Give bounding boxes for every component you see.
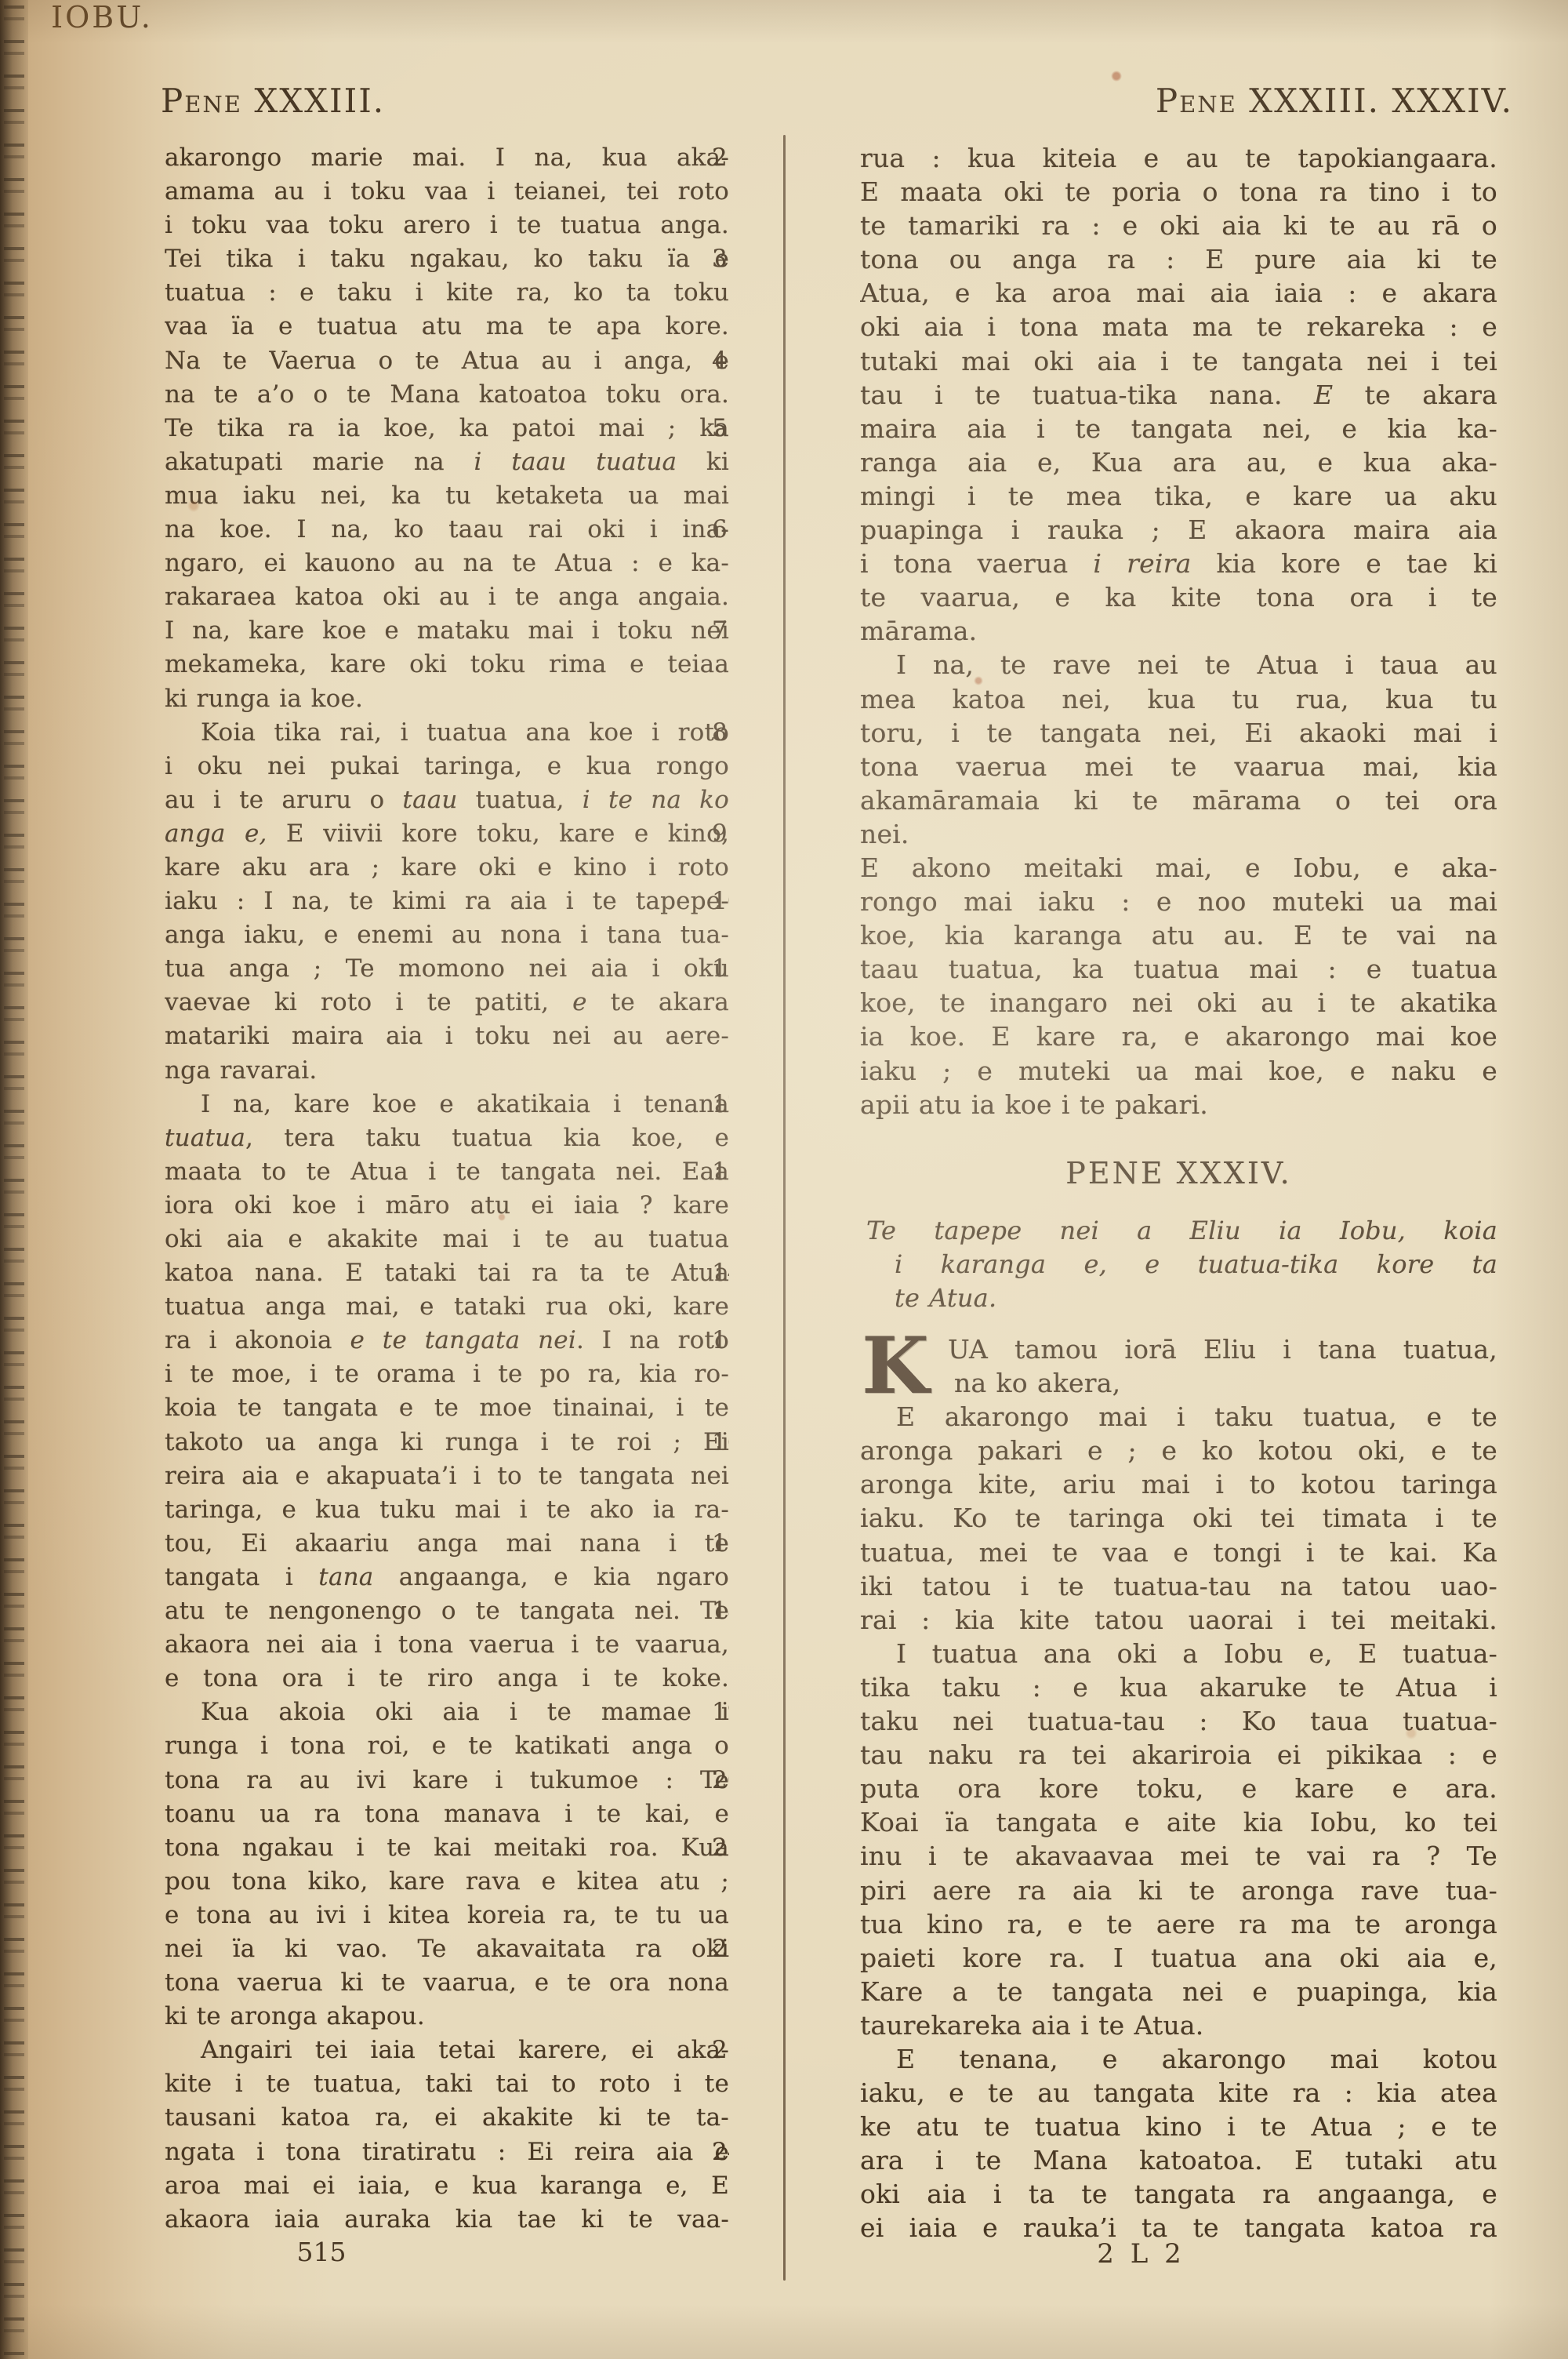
text-line: 21tona ngakau i te kai meitaki roa. Kua [165, 1831, 729, 1865]
text-line: 1UA tamou iorā Eliu i tana tuatua, [860, 1332, 1497, 1366]
text-line: mingi i te mea tika, e kare ua aku [860, 479, 1497, 513]
text-line: 24ngata i tona tiratiratu : Ei reira aia… [165, 2135, 729, 2169]
verse-number: 3 [712, 242, 729, 276]
italic-phrase: i taau tuatua [474, 448, 677, 476]
text-line: oki aia i tona mata ma te rekareka : e [860, 310, 1497, 343]
text-line: 4tuatua, mei te vaa e tongi i te kai. Ka [860, 1536, 1497, 1569]
text-line: ki runga ia koe. [165, 682, 729, 716]
text-line: nga ravarai. [165, 1054, 729, 1088]
verse-number: 14 [712, 1256, 729, 1290]
text-line: tangata i tana angaanga, e kia ngaro [165, 1561, 729, 1594]
text-line: reira aia e akapuata’i i to te tangata n… [165, 1459, 729, 1493]
text-line: tona vaerua mei te vaarua mai, kia [860, 750, 1497, 783]
chapter-heading: PENE XXXIV. [860, 1121, 1497, 1192]
verse-number: 4 [712, 344, 729, 378]
verse-number: 7 [712, 614, 729, 648]
verse-number: 9 [712, 817, 729, 851]
text-line: taringa, e kua tuku mai i te ako ia ra- [165, 1493, 729, 1527]
text-line: mekameka, kare oki toku rima e teiaa [165, 648, 729, 682]
italic-phrase: e te tangata nei [350, 1326, 575, 1354]
text-line: 6na koe. I na, ko taau rai oki i ina- [165, 513, 729, 547]
text-line: akaora nei aia i tona vaerua i te vaarua… [165, 1628, 729, 1662]
text-line: aroa mai ei iaia, e kua karanga e, E [165, 2169, 729, 2203]
book-spine-edge [0, 0, 28, 2359]
facing-page-text-bleed [4, 0, 24, 2359]
chapter-34-text: K 1UA tamou iorā Eliu i tana tuatua,na k… [860, 1332, 1497, 2245]
text-line: rua : kua kiteia e au te tapokiangaara. [860, 141, 1497, 175]
text-line: 15ra i akonoia e te tangata nei. I na ro… [165, 1324, 729, 1358]
text-line: anga iaku, e enemi au nona i tana tua- [165, 918, 729, 952]
chapter-33-continuation: rua : kua kiteia e au te tapokiangaara.2… [860, 141, 1497, 1121]
text-line: puta ora kore toku, e kare e ara. [860, 1772, 1497, 1805]
text-line: 14katoa nana. E tataki tai ra ta te Atua [165, 1256, 729, 1290]
page-title: IOBU. [0, 0, 204, 35]
verse-number: 10 [712, 885, 729, 918]
verse-number: 8 [712, 716, 729, 750]
text-line: amama au i toku vaa i teianei, tei roto [165, 175, 729, 209]
chapter-summary-line: te Atua. [860, 1281, 1497, 1315]
text-line: 3Tei tika i taku ngakau, ko taku ïa e [165, 242, 729, 276]
text-line: 20tona ra au ivi kare i tukumoe : Te [165, 1764, 729, 1797]
text-line: akamāramaia ki te mārama o tei ora [860, 783, 1497, 817]
right-text-column: rua : kua kiteia e au te tapokiangaara.2… [860, 141, 1497, 2245]
text-line: 32koe, kia karanga atu au. E te vai na [860, 918, 1497, 952]
text-line: Atua, e ka aroa mai aia iaia : e akara [860, 276, 1497, 310]
verse-number: 23 [712, 2034, 729, 2067]
text-line: ranga aia e, Kua ara au, e kua aka- [860, 445, 1497, 479]
running-head-left: Pene XXXIII. [161, 82, 385, 120]
text-line: iaku ; e muteki ua mai koe, e naku e [860, 1054, 1497, 1088]
page-number: 515 [263, 2237, 380, 2267]
text-line: tua kino ra, e te aere ra ma te aronga [860, 1907, 1497, 1941]
text-line: i te moe, i te orama i te po ra, kia ro- [165, 1358, 729, 1391]
text-line: mea katoa nei, kua tu rua, kua tu [860, 682, 1497, 716]
text-line: matariki maira aia i toku nei au aere- [165, 1020, 729, 1053]
text-line: koia te tangata e te moe tinainai, i te [165, 1391, 729, 1425]
text-line: 18atu te nengonengo o te tangata nei. Te [165, 1594, 729, 1628]
text-line: i tona vaerua i reira kia kore e tae ki [860, 547, 1497, 580]
text-line: rongo mai iaku : e noo muteki ua mai [860, 885, 1497, 918]
text-line: 17tou, Ei akaariu anga mai nana i te [165, 1527, 729, 1561]
text-line: 10iaku : I na, te kimi ra aia i te tapep… [165, 885, 729, 918]
text-line: rai : kia kite tatou uaorai i tei meitak… [860, 1603, 1497, 1637]
italic-phrase: i te na ko [583, 786, 729, 814]
text-line: 12I na, kare koe e akatikaia i tenana [165, 1088, 729, 1121]
printer-signature: 2 L 2 [1073, 2238, 1210, 2270]
text-line: ngaro, ei kauono au na te Atua : e ka- [165, 547, 729, 580]
verse-number: 17 [712, 1527, 729, 1561]
text-line: tika taku : e kua akaruke te Atua i [860, 1670, 1497, 1704]
italic-phrase: E [1314, 380, 1333, 410]
text-line: na ko akera, [860, 1366, 1497, 1400]
text-line: na te a’o o te Mana katoatoa toku ora. [165, 378, 729, 412]
text-line: 10E tenana, e akarongo mai kotou [860, 2042, 1497, 2076]
text-line: 2akarongo marie mai. I na, kua aka- [165, 141, 729, 175]
text-line: 8inu i te akavaavaa mei te vai ra ? Te [860, 1839, 1497, 1873]
text-line: tau naku ra tei akariroia ei pikikaa : e [860, 1738, 1497, 1772]
text-line: tutaki mai oki aia i te tangata nei i te… [860, 344, 1497, 378]
text-line: au i te aruru o taau tuatua, i te na ko [165, 783, 729, 817]
text-line: 26tona ou anga ra : E pure aia ki te [860, 242, 1497, 276]
text-line: iki tatou i te tuatua-tau na tatou uao- [860, 1569, 1497, 1603]
text-line: tausani katoa ra, ei akakite ki te ta- [165, 2101, 729, 2135]
text-line: akaora iaia auraka kia tae ki te vaa- [165, 2203, 729, 2237]
verse-number: 16 [712, 1426, 729, 1459]
text-line: 11ara i te Mana katoatoa. E tutaki atu [860, 2143, 1497, 2177]
text-line: 29I na, te rave nei te Atua i taua au [860, 648, 1497, 682]
text-line: apii atu ia koe i te pakari. [860, 1088, 1497, 1121]
text-line: 23Angairi tei iaia tetai karere, ei aka- [165, 2034, 729, 2067]
verse-number: 19 [712, 1696, 729, 1729]
text-line: taurekareka aia i te Atua. [860, 2008, 1497, 2042]
text-line: piri aere ra aia ki te aronga rave tua- [860, 1874, 1497, 1907]
text-line: nei. [860, 817, 1497, 851]
text-line: 7I na, kare koe e mataku mai i toku nei [165, 614, 729, 648]
text-line: te tamariki ra : e oki aia ki te au rā o [860, 209, 1497, 242]
text-line: aronga kite, ariu mai i to kotou taringa [860, 1467, 1497, 1501]
verse-number: 18 [712, 1594, 729, 1628]
text-line: i toku vaa toku arero i te tuatua anga. [165, 209, 729, 242]
text-line: 9anga e, E viivii kore toku, kare e kino… [165, 817, 729, 851]
verse-number: 15 [712, 1324, 729, 1358]
text-line: i oku nei pukai taringa, e kua rongo [165, 750, 729, 783]
verse-number: 5 [712, 412, 729, 445]
text-line: 25E maata oki te poria o tona ra tino i … [860, 175, 1497, 209]
text-line: e tona ora i te riro anga i te koke. [165, 1662, 729, 1696]
text-line: 16takoto ua anga ki runga i te roi ; Ei [165, 1426, 729, 1459]
text-line: kite i te tuatua, taki tai to roto i te [165, 2067, 729, 2101]
text-line: rakaraea katoa oki au i te anga angaia. [165, 580, 729, 614]
verse-number: 24 [712, 2135, 729, 2169]
text-line: 5Te tika ra ia koe, ka patoi mai ; ka [165, 412, 729, 445]
verse-number: 12 [712, 1088, 729, 1121]
text-line: iaku, e te au tangata kite ra : kia atea [860, 2076, 1497, 2110]
text-line: kare aku ara ; kare oki e kino i roto [165, 851, 729, 885]
chapter-summary-line: i karanga e, e tuatua-tika kore ta [860, 1248, 1497, 1281]
text-line: maira aia i te tangata nei, e kia ka- [860, 412, 1497, 445]
text-line: tuatua, tera taku tuatua kia koe, e [165, 1121, 729, 1155]
text-line: pou tona kiko, kare rava e kitea atu ; [165, 1865, 729, 1899]
text-line: 6taku nei tuatua-tau : Ko taua tuatua- [860, 1704, 1497, 1738]
text-line: 13maata to te Atua i te tangata nei. Eaa [165, 1155, 729, 1189]
text-line: oki aia i ta te tangata ra angaanga, e [860, 2177, 1497, 2211]
running-head-right: Pene XXXIII. XXXIV. [1004, 82, 1513, 120]
text-line: ki te aronga akapou. [165, 2000, 729, 2034]
text-line: koe, te inangaro nei oki au i te akatika [860, 986, 1497, 1020]
verse-number: 21 [712, 1831, 729, 1865]
verse-number: 22 [712, 1932, 729, 1966]
text-line: 3iaku. Ko te taringa oki tei timata i te [860, 1501, 1497, 1535]
text-line: mua iaku nei, ka tu ketaketa ua mai [165, 479, 729, 513]
italic-phrase: i reira [1093, 548, 1191, 579]
verse-number: 20 [712, 1764, 729, 1797]
text-line: e tona au ivi i kitea koreia ra, te tu u… [165, 1899, 729, 1932]
left-text-column: 2akarongo marie mai. I na, kua aka-amama… [165, 141, 729, 2237]
text-line: 8Koia tika rai, i tuatua ana koe i roto [165, 716, 729, 750]
verse-number: 13 [712, 1155, 729, 1189]
text-line: 30toru, i te tangata nei, Ei akaoki mai … [860, 716, 1497, 750]
text-line: aronga pakari e ; e ko kotou oki, e te [860, 1434, 1497, 1467]
text-line: 2E akarongo mai i taku tuatua, e te [860, 1400, 1497, 1434]
text-line: iora oki koe i māro atu ei iaia ? kare [165, 1189, 729, 1223]
text-line: 33ia koe. E kare ra, e akarongo mai koe [860, 1020, 1497, 1053]
italic-phrase: e [572, 988, 587, 1016]
italic-phrase: taau [402, 786, 457, 814]
italic-phrase: tuatua [165, 1124, 245, 1152]
text-line: tona vaerua ki te vaarua, e te ora nona [165, 1966, 729, 2000]
verse-number: 2 [712, 141, 729, 175]
text-line: 27tau i te tuatua-tika nana. E te akara [860, 378, 1497, 412]
text-line: Kare a te tangata nei e puapinga, kia [860, 1975, 1497, 2008]
text-line: 19Kua akoia oki aia i te mamae i [165, 1696, 729, 1729]
text-line: vaevae ki roto i te patiti, e te akara [165, 986, 729, 1020]
text-line: 7Koai ïa tangata e aite kia Iobu, ko tei [860, 1805, 1497, 1839]
verse-number: 6 [712, 513, 729, 547]
text-line: 9paieti kore ra. I tuatua ana oki aia e, [860, 1941, 1497, 1975]
text-line: mārama. [860, 614, 1497, 648]
text-line: 4Na te Vaerua o te Atua au i anga, e [165, 344, 729, 378]
text-line: runga i tona roi, e te katikati anga o [165, 1729, 729, 1763]
text-line: 31E akono meitaki mai, e Iobu, e aka- [860, 851, 1497, 885]
text-line: tuatua anga mai, e tataki rua oki, kare [165, 1290, 729, 1324]
text-line: tuatua : e taku i kite ra, ko ta toku [165, 276, 729, 310]
text-line: vaa ïa e tuatua atu ma te apa kore. [165, 310, 729, 343]
text-line: 28puapinga i rauka ; E akaora maira aia [860, 513, 1497, 547]
text-line: akatupati marie na i taau tuatua ki [165, 445, 729, 479]
text-line: 5I tuatua ana oki a Iobu e, E tuatua- [860, 1637, 1497, 1670]
scanned-book-page: Pene XXXIII. IOBU. Pene XXXIII. XXXIV. 2… [0, 0, 1568, 2359]
text-line: 22nei ïa ki vao. Te akavaitata ra oki [165, 1932, 729, 1966]
text-line: 11tua anga ; Te momono nei aia i oku [165, 952, 729, 986]
text-line: toanu ua ra tona manava i te kai, e [165, 1797, 729, 1831]
chapter-summary-line: Te tapepe nei a Eliu ia Iobu, koia [860, 1214, 1497, 1248]
text-line: te vaarua, e ka kite tona ora i te [860, 580, 1497, 614]
text-line: oki aia e akakite mai i te au tuatua [165, 1223, 729, 1256]
italic-phrase: anga e, [165, 820, 267, 848]
column-divider-rule [783, 135, 786, 2281]
italic-phrase: tana [318, 1563, 373, 1591]
text-line: ke atu te tuatua kino i te Atua ; e te [860, 2110, 1497, 2143]
verse-number: 11 [712, 952, 729, 986]
text-line: taau tuatua, ka tuatua mai : e tuatua [860, 952, 1497, 986]
